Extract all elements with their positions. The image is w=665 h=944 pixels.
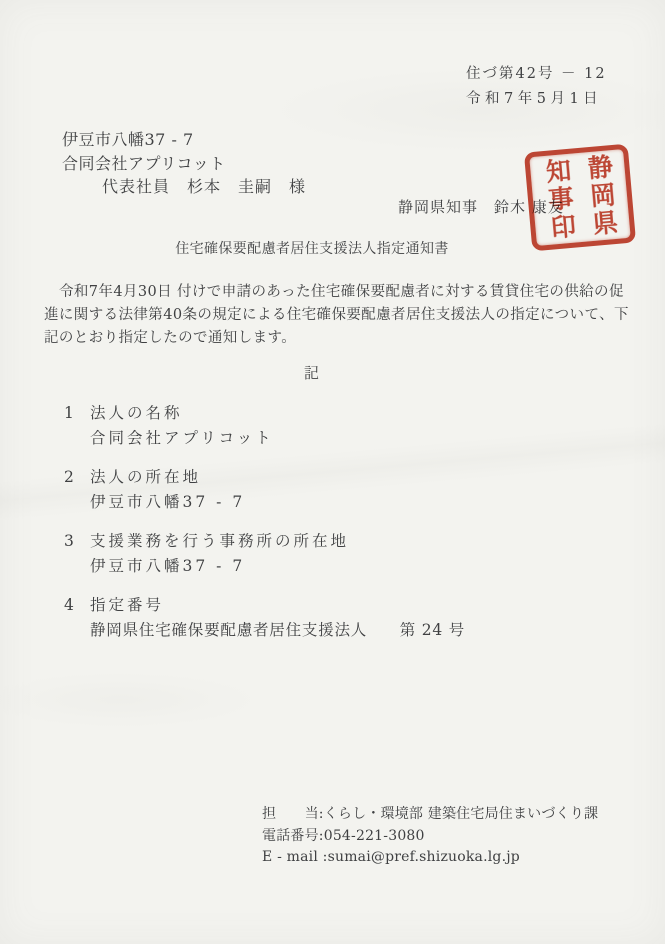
seal-border: 静岡県 知事印 <box>524 144 636 252</box>
item-value: 伊豆市八幡37 - 7 <box>64 554 465 579</box>
contact-email: E - mail :sumai@pref.shizuoka.lg.jp <box>262 847 598 869</box>
seal-text: 静岡県 知事印 <box>534 152 625 243</box>
item-value: 合同会社アプリコット <box>64 426 465 451</box>
official-seal-stamp: 静岡県 知事印 <box>524 144 636 252</box>
item-label-row: 1法人の名称 <box>64 401 465 426</box>
contact-department: 担 当:くらし・環境部 建築住宅局住まいづくり課 <box>262 804 598 826</box>
recipient-address: 伊豆市八幡37 - 7 <box>62 128 306 152</box>
seal-column-left: 知事印 <box>534 156 583 243</box>
item-label: 支援業務を行う事務所の所在地 <box>90 532 349 550</box>
contact-block: 担 当:くらし・環境部 建築住宅局住まいづくり課 電話番号:054-221-30… <box>262 804 598 869</box>
scanned-official-letter: 住づ第42号 － 12 令和7年5月1日 伊豆市八幡37 - 7 合同会社アプリ… <box>0 0 665 944</box>
document-number: 住づ第42号 － 12 <box>466 62 607 87</box>
body-line-3: 記のとおり指定したので通知します。 <box>44 327 630 350</box>
item-number: 2 <box>64 465 90 490</box>
recipient-block: 伊豆市八幡37 - 7 合同会社アプリコット 代表社員 杉本 圭嗣 様 <box>62 128 306 199</box>
list-item-office-address: 3支援業務を行う事務所の所在地 伊豆市八幡37 - 7 <box>64 529 465 578</box>
title-band: 住宅確保要配慮者居住支援法人指定通知書 <box>0 238 624 258</box>
item-value: 静岡県住宅確保要配慮者居住支援法人 第 24 号 <box>64 618 465 643</box>
item-number: 4 <box>64 593 90 618</box>
list-item-designation-number: 4指定番号 静岡県住宅確保要配慮者居住支援法人 第 24 号 <box>64 593 465 642</box>
item-label-row: 4指定番号 <box>64 593 465 618</box>
item-label-row: 3支援業務を行う事務所の所在地 <box>64 529 465 554</box>
document-title: 住宅確保要配慮者居住支援法人指定通知書 <box>175 241 449 257</box>
recipient-company: 合同会社アプリコット <box>62 152 306 176</box>
recipient-representative: 代表社員 杉本 圭嗣 様 <box>62 175 306 199</box>
document-date: 令和7年5月1日 <box>466 87 607 112</box>
seal-column-right: 静岡県 <box>576 152 625 239</box>
contact-phone: 電話番号:054-221-3080 <box>262 826 598 848</box>
body-line-2: 進に関する法律第40条の規定による住宅確保要配慮者居住支援法人の指定について、下 <box>44 304 630 327</box>
body-paragraph: 令和7年4月30日 付けで申請のあった住宅確保要配慮者に対する賃貸住宅の供給の促… <box>44 281 630 350</box>
document-meta: 住づ第42号 － 12 令和7年5月1日 <box>466 62 607 112</box>
item-label: 法人の所在地 <box>90 468 201 486</box>
body-line-1: 令和7年4月30日 付けで申請のあった住宅確保要配慮者に対する賃貸住宅の供給の促 <box>44 281 630 304</box>
item-number: 1 <box>64 401 90 426</box>
item-list: 1法人の名称 合同会社アプリコット 2法人の所在地 伊豆市八幡37 - 7 3支… <box>64 401 465 657</box>
item-label: 指定番号 <box>90 596 164 614</box>
item-label-row: 2法人の所在地 <box>64 465 465 490</box>
section-marker: 記 <box>0 362 624 383</box>
item-number: 3 <box>64 529 90 554</box>
list-item-corporate-address: 2法人の所在地 伊豆市八幡37 - 7 <box>64 465 465 514</box>
item-value: 伊豆市八幡37 - 7 <box>64 490 465 515</box>
item-label: 法人の名称 <box>90 404 183 422</box>
list-item-corporate-name: 1法人の名称 合同会社アプリコット <box>64 401 465 450</box>
